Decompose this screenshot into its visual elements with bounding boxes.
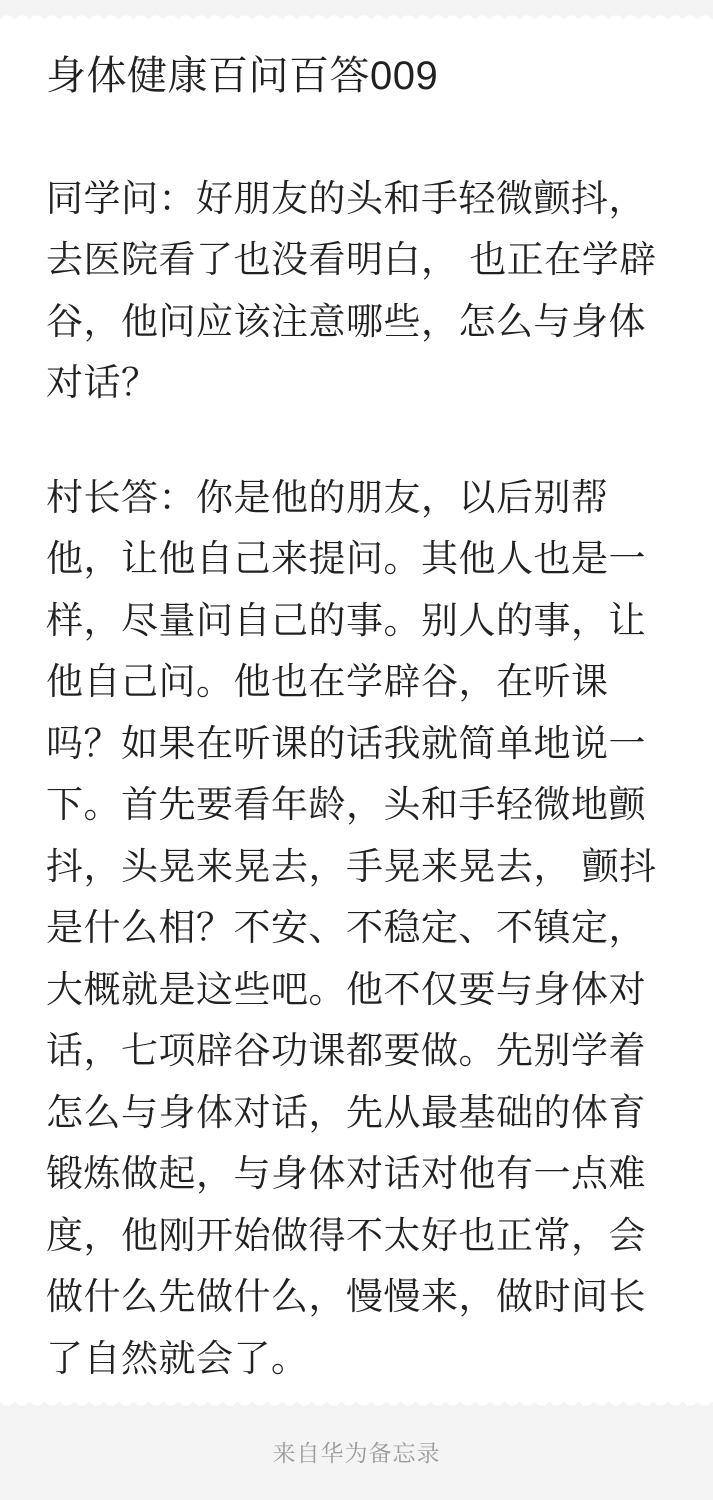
source-label: 来自华为备忘录 — [273, 1435, 441, 1468]
question-paragraph: 同学问：好朋友的头和手轻微颤抖， 去医院看了也没看明白， 也正在学辟 谷，他问应… — [46, 168, 667, 414]
answer-paragraph: 村长答：你是他的朋友，以后别帮 他，让他自己来提问。其他人也是一 样，尽量问自己… — [46, 467, 667, 1390]
note-share-page: 身体健康百问百答009 同学问：好朋友的头和手轻微颤抖， 去医院看了也没看明白，… — [0, 0, 713, 1500]
note-card: 身体健康百问百答009 同学问：好朋友的头和手轻微颤抖， 去医院看了也没看明白，… — [0, 19, 713, 1402]
note-title: 身体健康百问百答009 — [46, 46, 667, 108]
source-footer: 来自华为备忘录 — [0, 1402, 713, 1500]
